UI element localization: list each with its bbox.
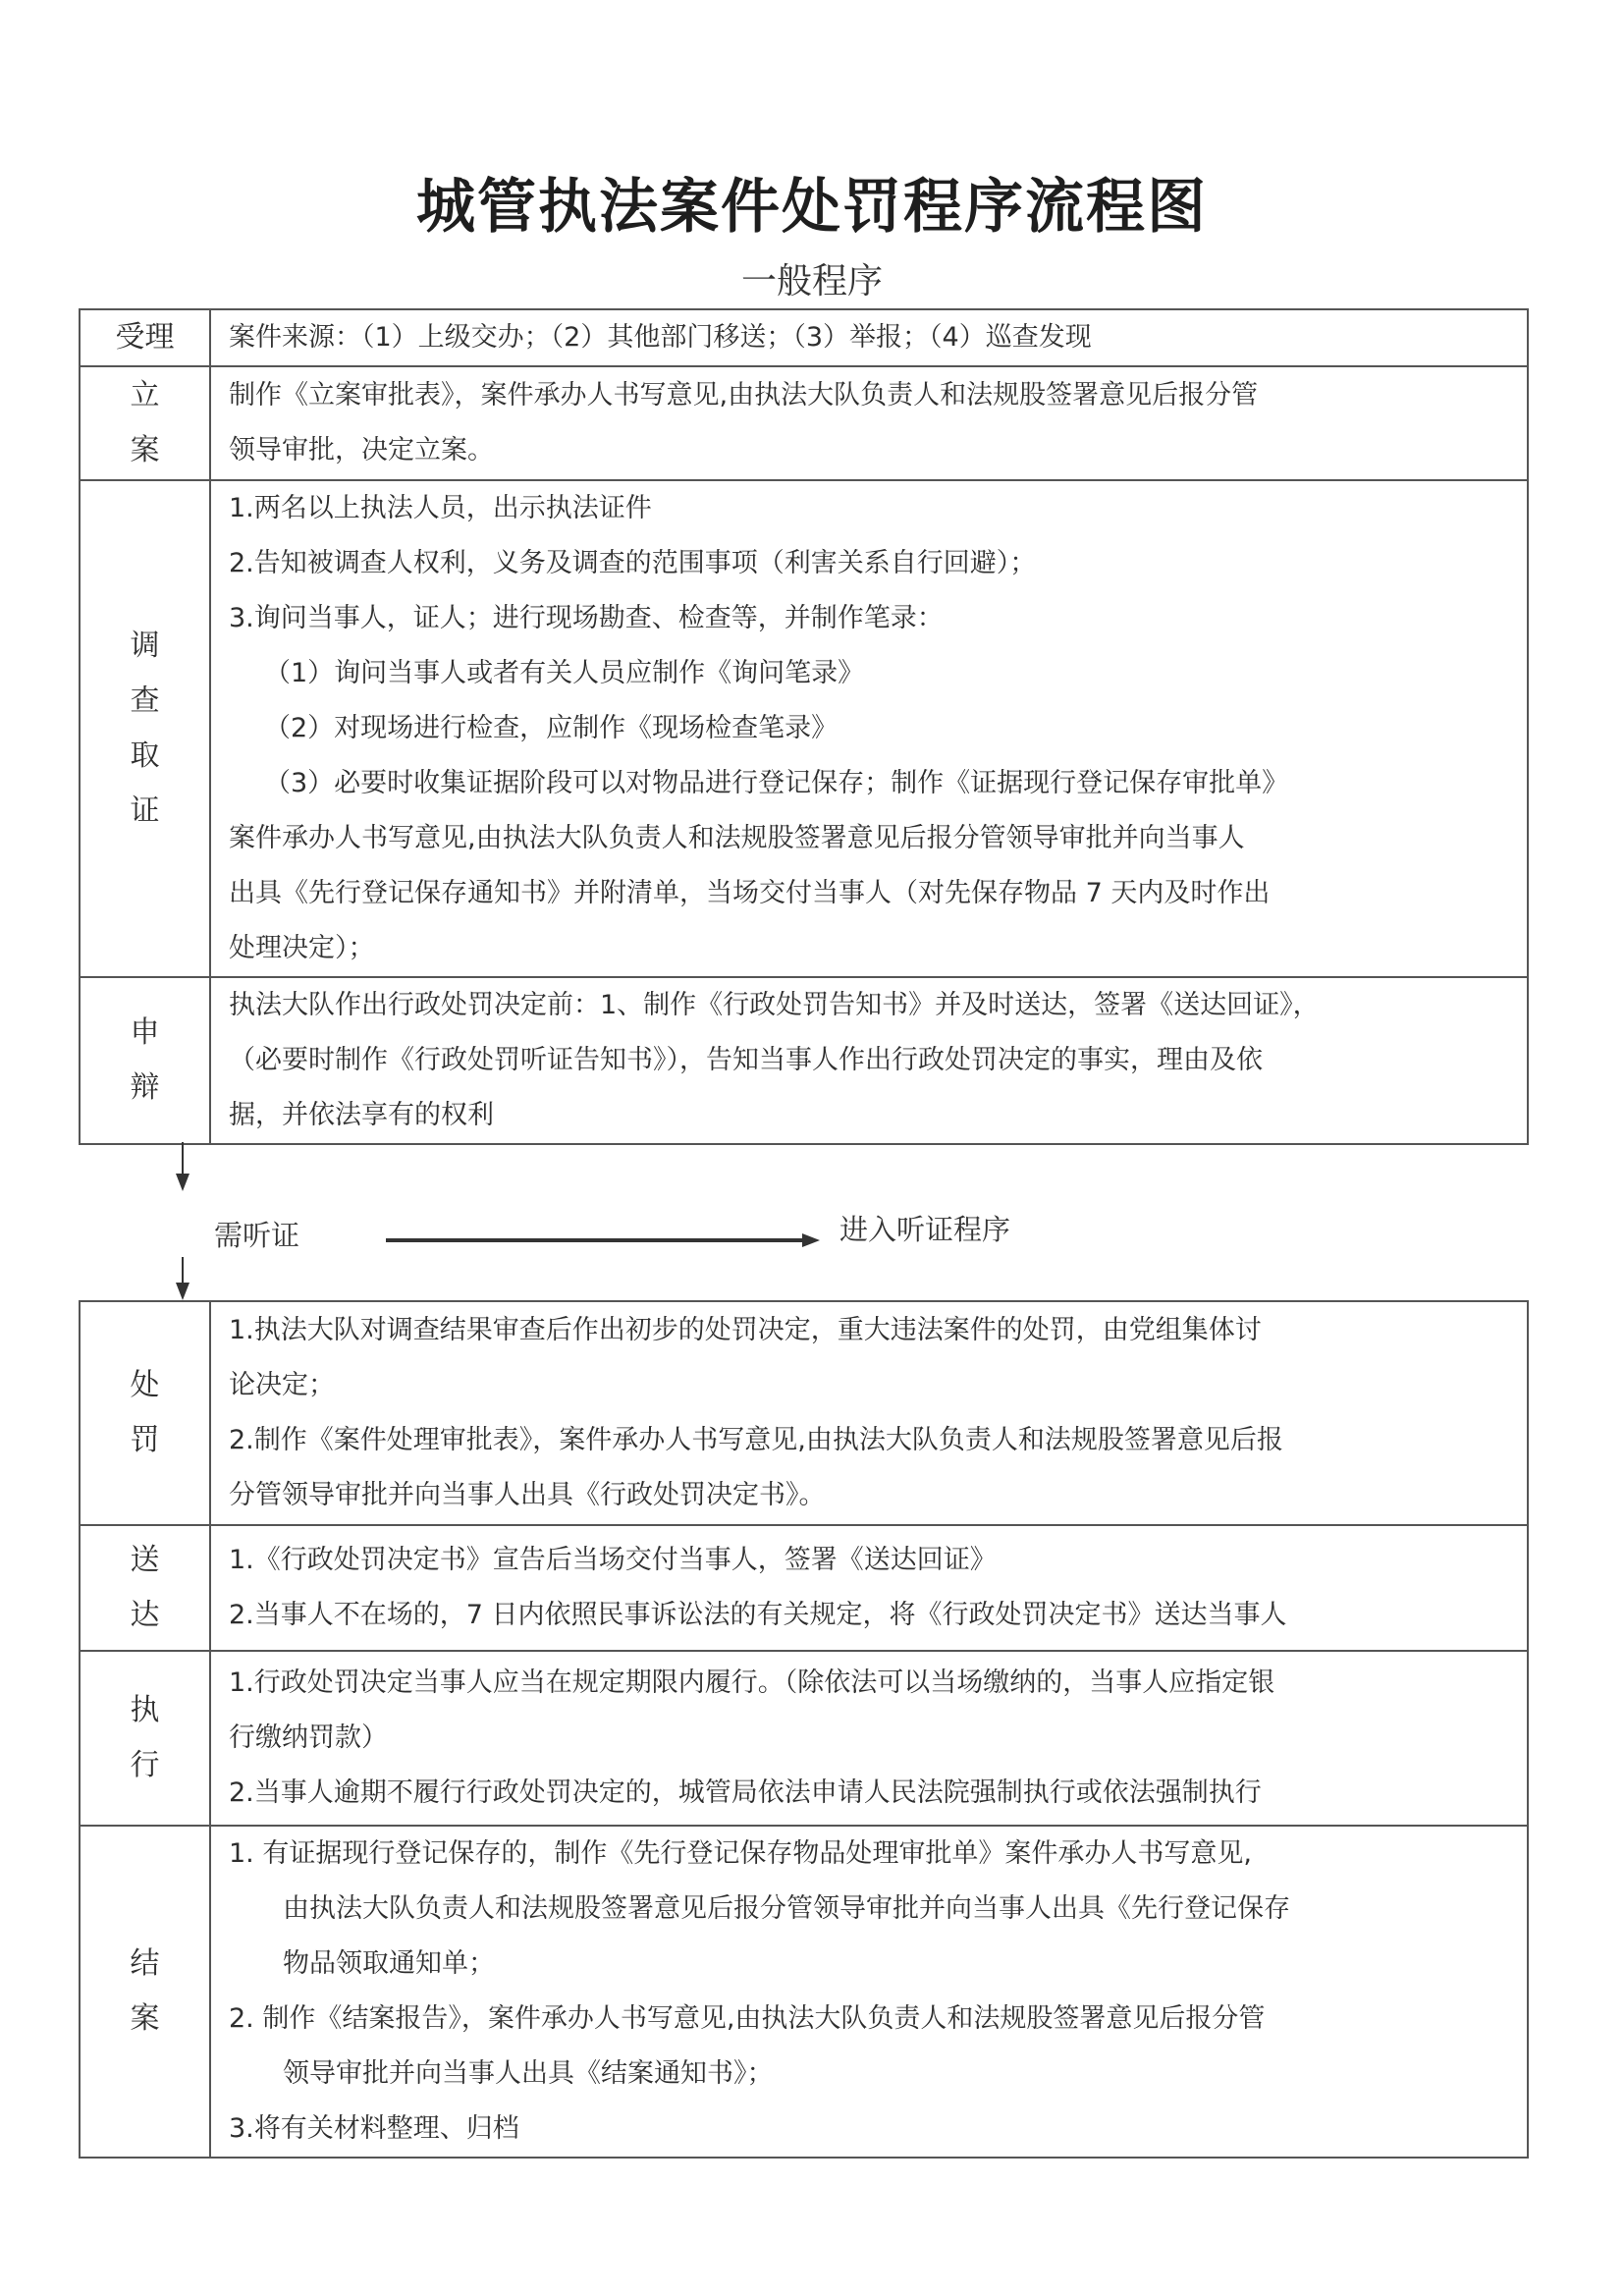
content-line: 由执法大队负责人和法规股签署意见后报分管领导审批并向当事人出具《先行登记保存 (229, 1882, 1517, 1937)
row-penalty: 处 罚 1.执法大队对调查结果审查后作出初步的处罚决定，重大违法案件的处罚，由党… (80, 1301, 1528, 1525)
flow-line-down-1 (182, 1142, 184, 1175)
content-line: 执法大队作出行政处罚决定前：1、制作《行政处罚告知书》并及时送达，签署《送达回证… (229, 978, 1517, 1033)
content-line: 物品领取通知单； (229, 1937, 1517, 1992)
row-label-investigation: 调 查 取 证 (80, 480, 210, 977)
content-line: 论决定； (229, 1358, 1517, 1413)
content-line: 领导审批，决定立案。 (229, 423, 1517, 478)
row-content-delivery: 1.《行政处罚决定书》宣告后当场交付当事人，签署《送达回证》 2.当事人不在场的… (210, 1525, 1528, 1651)
content-line: 2. 制作《结案报告》，案件承办人书写意见,由执法大队负责人和法规股签署意见后报… (229, 1992, 1517, 2047)
procedure-table-top: 受理 案件来源：（1）上级交办；（2）其他部门移送；（3）举报；（4）巡查发现 … (79, 308, 1529, 1145)
arrow-right-icon (802, 1233, 820, 1247)
row-execution: 执 行 1.行政处罚决定当事人应当在规定期限内履行。（除依法可以当场缴纳的，当事… (80, 1651, 1528, 1826)
row-defense: 申 辩 执法大队作出行政处罚决定前：1、制作《行政处罚告知书》并及时送达，签署《… (80, 977, 1528, 1144)
row-content-investigation: 1.两名以上执法人员，出示执法证件 2.告知被调查人权利，义务及调查的范围事项（… (210, 480, 1528, 977)
flow-line-right (386, 1238, 803, 1242)
content-line: （2）对现场进行检查，应制作《现场检查笔录》 (229, 701, 1517, 756)
content-line: 领导审批并向当事人出具《结案通知书》； (229, 2047, 1517, 2102)
row-content-case-closure: 1. 有证据现行登记保存的，制作《先行登记保存物品处理审批单》案件承办人书写意见… (210, 1826, 1528, 2158)
row-investigation: 调 查 取 证 1.两名以上执法人员，出示执法证件 2.告知被调查人权利，义务及… (80, 480, 1528, 977)
row-content-defense: 执法大队作出行政处罚决定前：1、制作《行政处罚告知书》并及时送达，签署《送达回证… (210, 977, 1528, 1144)
row-content-acceptance: 案件来源：（1）上级交办；（2）其他部门移送；（3）举报；（4）巡查发现 (210, 309, 1528, 366)
row-content-filing: 制作《立案审批表》，案件承办人书写意见,由执法大队负责人和法规股签署意见后报分管… (210, 366, 1528, 480)
content-line: （必要时制作《行政处罚听证告知书》），告知当事人作出行政处罚决定的事实，理由及依 (229, 1033, 1517, 1088)
row-content-penalty: 1.执法大队对调查结果审查后作出初步的处罚决定，重大违法案件的处罚，由党组集体讨… (210, 1301, 1528, 1525)
flow-line-down-2 (182, 1257, 184, 1285)
document-title: 城管执法案件处罚程序流程图 (0, 160, 1624, 245)
content-line: 1.行政处罚决定当事人应当在规定期限内履行。（除依法可以当场缴纳的，当事人应指定… (229, 1656, 1517, 1711)
content-line: 出具《先行登记保存通知书》并附清单，当场交付当事人（对先保存物品 7 天内及时作… (229, 866, 1517, 921)
content-line: 1.执法大队对调查结果审查后作出初步的处罚决定，重大违法案件的处罚，由党组集体讨 (229, 1303, 1517, 1358)
row-label-defense: 申 辩 (80, 977, 210, 1144)
row-label-case-closure: 结 案 (80, 1826, 210, 2158)
content-line: 据，并依法享有的权利 (229, 1088, 1517, 1143)
content-line: 行缴纳罚款） (229, 1711, 1517, 1766)
content-line: 2.告知被调查人权利，义务及调查的范围事项（利害关系自行回避）； (229, 536, 1517, 591)
content-line: 1.《行政处罚决定书》宣告后当场交付当事人，签署《送达回证》 (229, 1533, 1517, 1588)
branch-target-hearing-procedure: 进入听证程序 (839, 1208, 1010, 1248)
content-line: 3.询问当事人，证人；进行现场勘查、检查等，并制作笔录： (229, 591, 1517, 646)
row-label-execution: 执 行 (80, 1651, 210, 1826)
content-line: 处理决定）； (229, 921, 1517, 976)
branch-label-hearing-required: 需听证 (214, 1214, 299, 1254)
content-line: 3.将有关材料整理、归档 (229, 2102, 1517, 2157)
row-label-penalty: 处 罚 (80, 1301, 210, 1525)
content-line: 1.两名以上执法人员，出示执法证件 (229, 481, 1517, 536)
row-label-delivery: 送 达 (80, 1525, 210, 1651)
content-line: （1）询问当事人或者有关人员应制作《询问笔录》 (229, 646, 1517, 701)
content-line: 分管领导审批并向当事人出具《行政处罚决定书》。 (229, 1468, 1517, 1523)
row-case-closure: 结 案 1. 有证据现行登记保存的，制作《先行登记保存物品处理审批单》案件承办人… (80, 1826, 1528, 2158)
content-line: （3）必要时收集证据阶段可以对物品进行登记保存；制作《证据现行登记保存审批单》 (229, 756, 1517, 811)
content-line: 2.当事人逾期不履行行政处罚决定的，城管局依法申请人民法院强制执行或依法强制执行 (229, 1766, 1517, 1821)
procedure-table-bottom: 处 罚 1.执法大队对调查结果审查后作出初步的处罚决定，重大违法案件的处罚，由党… (79, 1300, 1529, 2159)
arrow-down-icon (176, 1174, 189, 1191)
row-label-acceptance: 受理 (80, 309, 210, 366)
row-delivery: 送 达 1.《行政处罚决定书》宣告后当场交付当事人，签署《送达回证》 2.当事人… (80, 1525, 1528, 1651)
arrow-down-icon (176, 1283, 189, 1300)
content-line: 2.当事人不在场的，7 日内依照民事诉讼法的有关规定，将《行政处罚决定书》送达当… (229, 1588, 1517, 1643)
row-acceptance: 受理 案件来源：（1）上级交办；（2）其他部门移送；（3）举报；（4）巡查发现 (80, 309, 1528, 366)
content-line: 制作《立案审批表》，案件承办人书写意见,由执法大队负责人和法规股签署意见后报分管 (229, 368, 1517, 423)
document-subtitle: 一般程序 (0, 253, 1624, 303)
row-content-execution: 1.行政处罚决定当事人应当在规定期限内履行。（除依法可以当场缴纳的，当事人应指定… (210, 1651, 1528, 1826)
content-line: 案件来源：（1）上级交办；（2）其他部门移送；（3）举报；（4）巡查发现 (229, 310, 1517, 365)
row-filing: 立 案 制作《立案审批表》，案件承办人书写意见,由执法大队负责人和法规股签署意见… (80, 366, 1528, 480)
content-line: 案件承办人书写意见,由执法大队负责人和法规股签署意见后报分管领导审批并向当事人 (229, 811, 1517, 866)
content-line: 2.制作《案件处理审批表》，案件承办人书写意见,由执法大队负责人和法规股签署意见… (229, 1413, 1517, 1468)
row-label-filing: 立 案 (80, 366, 210, 480)
content-line: 1. 有证据现行登记保存的，制作《先行登记保存物品处理审批单》案件承办人书写意见… (229, 1827, 1517, 1882)
